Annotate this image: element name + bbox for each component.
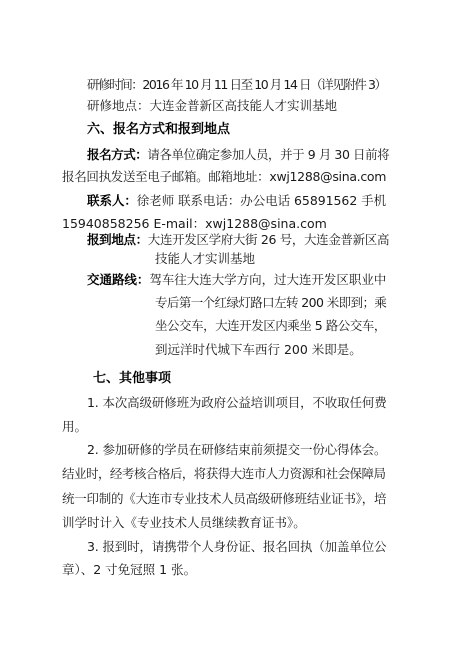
section6-heading: 六、报名方式和报到地点 <box>87 122 230 138</box>
route-line2: 专后第一个红绿灯路口左转 200 米即到；乘 <box>155 295 386 311</box>
section7-heading: 七、其他事项 <box>93 371 171 387</box>
contact-line1: 联系人：徐老师 联系电话：办公电话 65891562 手机 <box>87 193 386 209</box>
item2-line2: 结业时，经考核合格后，将获得大连市人力资源和社会保障局 <box>62 466 386 482</box>
contact-line2: 15940858256 E-mail：xwj1288@sina.com <box>62 216 327 232</box>
registration-line1: 报名方式：请各单位确定参加人员，并于 9 月 30 日前将 <box>87 147 389 163</box>
route-line1: 交通路线：驾车往大连大学方向，过大连开发区职业中 <box>87 272 386 288</box>
item2-line3: 统一印制的《大连市专业技术人员高级研修班结业证书》，培 <box>62 491 386 507</box>
registration-line2: 报名回执发送至电子邮箱。邮箱地址：xwj1288@sina.com <box>62 169 386 185</box>
item3-line1: 3. 报到时，请携带个人身份证、报名回执（加盖单位公 <box>87 539 386 555</box>
contact-text-1: 徐老师 联系电话：办公电话 65891562 手机 <box>137 193 386 208</box>
route-line3: 坐公交车，大连开发区内乘坐 5 路公交车， <box>155 318 386 334</box>
report-location-label: 报到地点： <box>87 232 148 247</box>
training-location: 研修地点：大连金普新区高技能人才实训基地 <box>87 98 337 114</box>
registration-label: 报名方式： <box>87 147 147 162</box>
document-page: 研修时间：2016 年 10 月 11 日至 10 月 14 日（详见附件 3）… <box>0 0 457 649</box>
route-label: 交通路线： <box>87 272 149 287</box>
contact-label: 联系人： <box>87 193 137 208</box>
report-location-text-1: 大连开发区学府大街 26 号，大连金普新区高 <box>148 232 389 247</box>
item2-line1: 2. 参加研修的学员在研修结束前须提交一份心得体会。 <box>87 442 386 458</box>
route-text-1: 驾车往大连大学方向，过大连开发区职业中 <box>149 272 386 287</box>
item1-line2: 用。 <box>62 419 87 435</box>
route-line4: 到远洋时代城下车西行 200 米即是。 <box>155 342 362 358</box>
report-location-line2: 技能人才实训基地 <box>155 251 255 267</box>
item3-line2: 章）、2 寸免冠照 1 张。 <box>62 562 196 578</box>
item2-line4: 训学时计入《专业技术人员继续教育证书》。 <box>62 515 306 531</box>
training-time: 研修时间：2016 年 10 月 11 日至 10 月 14 日（详见附件 3） <box>87 77 386 93</box>
registration-text-1: 请各单位确定参加人员，并于 9 月 30 日前将 <box>147 147 389 162</box>
report-location-line1: 报到地点：大连开发区学府大街 26 号，大连金普新区高 <box>87 232 389 248</box>
item1-line1: 1. 本次高级研修班为政府公益培训项目，不收取任何费 <box>87 395 387 411</box>
